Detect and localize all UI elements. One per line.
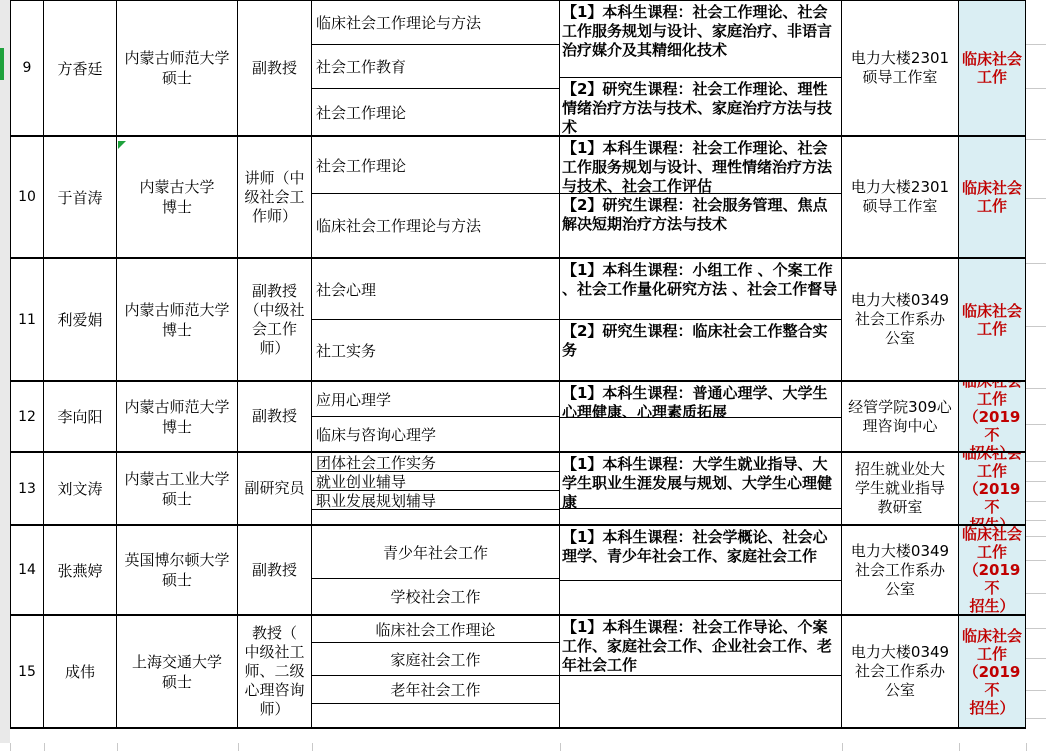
research-item[interactable]: 应用心理学 xyxy=(312,382,559,417)
cell-department[interactable]: 临床社会 工作 xyxy=(959,137,1026,257)
cell-office[interactable]: 电力大楼0349 社会工作系办 公室 xyxy=(842,259,959,380)
cell-education[interactable]: 内蒙古师范大学 博士 xyxy=(117,259,238,380)
course-item[interactable]: 【1】本科生课程：社会工作理论、社会工作服务规划与设计、理性情绪治疗方法与技术、… xyxy=(560,137,841,194)
cell-research: 青少年社会工作 学校社会工作 xyxy=(312,526,560,614)
cell-education[interactable]: 内蒙古师范大学 硕士 xyxy=(117,1,238,135)
cell-row-number[interactable]: 14 xyxy=(10,526,44,614)
cell-education[interactable]: 内蒙古大学 博士 xyxy=(117,137,238,257)
cell-department[interactable]: 临床社会 工作 （2019不 招生） xyxy=(959,616,1026,727)
cell-research: 社会工作理论 临床社会工作理论与方法 xyxy=(312,137,560,257)
cell-education[interactable]: 英国博尔顿大学 硕士 xyxy=(117,526,238,614)
cell-education[interactable]: 内蒙古工业大学 硕士 xyxy=(117,453,238,524)
gridline xyxy=(1026,44,1046,45)
course-item[interactable]: 【1】本科生课程：小组工作 、个案工作 、社会工作量化研究方法 、社会工作督导 xyxy=(560,259,841,320)
gridline xyxy=(1026,326,1046,327)
cell-courses: 【1】本科生课程：小组工作 、个案工作 、社会工作量化研究方法 、社会工作督导 … xyxy=(560,259,842,380)
gridline xyxy=(560,743,561,751)
table-row: 11 利爱娟 内蒙古师范大学 博士 副教授 （中级社 会工作 师） 社会心理 社… xyxy=(10,259,1026,382)
research-item[interactable]: 团体社会工作实务 xyxy=(312,453,559,472)
cell-title[interactable]: 副教授 xyxy=(238,1,312,135)
course-item[interactable]: 【2】研究生课程：社会服务管理、焦点解决短期治疗方法与技术 xyxy=(560,194,841,257)
cell-office[interactable]: 电力大楼2301 硕导工作室 xyxy=(842,137,959,257)
cell-title[interactable]: 副教授 xyxy=(238,382,312,451)
cell-courses: 【1】本科生课程：社会工作理论、社会工作服务规划与设计、理性情绪治疗方法与技术、… xyxy=(560,137,842,257)
cell-row-number[interactable]: 9 xyxy=(10,1,44,135)
cell-department[interactable]: 临床社会 工作 （2019不 招生） xyxy=(959,382,1026,451)
cell-name[interactable]: 张燕婷 xyxy=(44,526,117,614)
research-item[interactable]: 职业发展规划辅导 xyxy=(312,491,559,510)
cell-title[interactable]: 副研究员 xyxy=(238,453,312,524)
research-item[interactable] xyxy=(312,510,559,524)
research-item[interactable]: 社会工作理论 xyxy=(312,137,559,194)
cell-courses: 【1】本科生课程：大学生就业指导、大学生职业生涯发展与规划、大学生心理健康 xyxy=(560,453,842,524)
table-row: 12 李向阳 内蒙古师范大学 博士 副教授 应用心理学 临床与咨询心理学 【1】… xyxy=(10,382,1026,453)
cell-department[interactable]: 临床社会 工作 （2019不 招生） xyxy=(959,526,1026,614)
gridline xyxy=(1026,263,1046,264)
cell-courses: 【1】本科生课程：社会工作导论、个案工作、家庭社会工作、企业社会工作、老年社会工… xyxy=(560,616,842,727)
cell-title[interactable]: 副教授 （中级社 会工作 师） xyxy=(238,259,312,380)
cell-name[interactable]: 刘文涛 xyxy=(44,453,117,524)
cell-name[interactable]: 方香廷 xyxy=(44,1,117,135)
gridline xyxy=(1026,593,1046,594)
course-item[interactable]: 【1】本科生课程：大学生就业指导、大学生职业生涯发展与规划、大学生心理健康 xyxy=(560,453,841,509)
gridline xyxy=(842,743,843,751)
table-row: 13 刘文涛 内蒙古工业大学 硕士 副研究员 团体社会工作实务 就业创业辅导 职… xyxy=(10,453,1026,526)
gridline xyxy=(1026,424,1046,425)
cell-education[interactable]: 上海交通大学 硕士 xyxy=(117,616,238,727)
gridline xyxy=(1026,88,1046,89)
gridline xyxy=(1026,658,1046,659)
gridline xyxy=(238,743,239,751)
cell-office[interactable]: 经管学院309心 理咨询中心 xyxy=(842,382,959,451)
research-item[interactable]: 社会工作教育 xyxy=(312,45,559,89)
cell-education[interactable]: 内蒙古师范大学 博士 xyxy=(117,382,238,451)
cell-courses: 【1】本科生课程：社会工作理论、社会工作服务规划与设计、家庭治疗、非语言治疗媒介… xyxy=(560,1,842,135)
course-item[interactable]: 【2】研究生课程：社会工作理论、理性情绪治疗方法与技术、家庭治疗方法与技术 xyxy=(560,78,841,135)
gridline xyxy=(1026,536,1046,537)
cell-courses: 【1】本科生课程：社会学概论、社会心理学、青少年社会工作、家庭社会工作 xyxy=(560,526,842,614)
cell-research: 社会心理 社工实务 xyxy=(312,259,560,380)
gridline xyxy=(312,743,313,751)
cell-name[interactable]: 利爱娟 xyxy=(44,259,117,380)
spreadsheet-view: 9 方香廷 内蒙古师范大学 硕士 副教授 临床社会工作理论与方法 社会工作教育 … xyxy=(0,0,1046,751)
course-item[interactable]: 【1】本科生课程：普通心理学、大学生心理健康、心理素质拓展 xyxy=(560,382,841,418)
cell-department[interactable]: 临床社会 工作 xyxy=(959,259,1026,380)
research-item[interactable]: 学校社会工作 xyxy=(312,579,559,614)
cell-research: 临床社会工作理论 家庭社会工作 老年社会工作 xyxy=(312,616,560,727)
cell-title[interactable]: 讲师（中 级社会工 作师） xyxy=(238,137,312,257)
cell-research: 临床社会工作理论与方法 社会工作教育 社会工作理论 xyxy=(312,1,560,135)
cell-row-number[interactable]: 15 xyxy=(10,616,44,727)
gridline xyxy=(1026,501,1046,502)
gridline xyxy=(1026,481,1046,482)
research-item[interactable]: 家庭社会工作 xyxy=(312,643,559,676)
cell-research: 团体社会工作实务 就业创业辅导 职业发展规划辅导 xyxy=(312,453,560,524)
left-gutter xyxy=(0,0,10,751)
course-item[interactable] xyxy=(560,581,841,614)
cell-courses: 【1】本科生课程：普通心理学、大学生心理健康、心理素质拓展 xyxy=(560,382,842,451)
course-item[interactable]: 【1】本科生课程：社会学概论、社会心理学、青少年社会工作、家庭社会工作 xyxy=(560,526,841,581)
cell-office[interactable]: 电力大楼0349 社会工作系办 公室 xyxy=(842,616,959,727)
gridline xyxy=(1026,628,1046,629)
research-item[interactable]: 社工实务 xyxy=(312,320,559,380)
gridline xyxy=(117,743,118,751)
course-item[interactable]: 【1】本科生课程：社会工作理论、社会工作服务规划与设计、家庭治疗、非语言治疗媒介… xyxy=(560,1,841,78)
research-item[interactable]: 青少年社会工作 xyxy=(312,526,559,579)
table-row: 10 于首涛 内蒙古大学 博士 讲师（中 级社会工 作师） 社会工作理论 临床社… xyxy=(10,137,1026,259)
course-item[interactable] xyxy=(560,676,841,727)
cell-row-number[interactable]: 11 xyxy=(10,259,44,380)
cell-office[interactable]: 电力大楼0349 社会工作系办 公室 xyxy=(842,526,959,614)
cell-title[interactable]: 教授（ 中级社工 师、二级 心理咨询 师） xyxy=(238,616,312,727)
gridline xyxy=(10,743,11,751)
cell-flag-triangle-icon xyxy=(118,141,126,149)
research-item[interactable]: 就业创业辅导 xyxy=(312,472,559,491)
cell-research: 应用心理学 临床与咨询心理学 xyxy=(312,382,560,451)
cell-title[interactable]: 副教授 xyxy=(238,526,312,614)
cell-row-number[interactable]: 10 xyxy=(10,137,44,257)
cell-office[interactable]: 招生就业处大 学生就业指导 教研室 xyxy=(842,453,959,524)
cell-name[interactable]: 于首涛 xyxy=(44,137,117,257)
bottom-strip xyxy=(0,743,1046,751)
course-item[interactable]: 【2】研究生课程：临床社会工作整合实务 xyxy=(560,320,841,380)
cell-row-number[interactable]: 13 xyxy=(10,453,44,524)
research-item[interactable]: 社会工作理论 xyxy=(312,89,559,135)
research-item[interactable]: 老年社会工作 xyxy=(312,676,559,704)
gridline xyxy=(959,743,960,751)
course-item[interactable] xyxy=(560,509,841,524)
cell-name[interactable]: 李向阳 xyxy=(44,382,117,451)
right-margin xyxy=(1026,0,1046,751)
table-row: 9 方香廷 内蒙古师范大学 硕士 副教授 临床社会工作理论与方法 社会工作教育 … xyxy=(10,0,1026,137)
cell-office[interactable]: 电力大楼2301 硕导工作室 xyxy=(842,1,959,135)
gridline xyxy=(1026,461,1046,462)
gridline xyxy=(1026,560,1046,561)
research-item[interactable] xyxy=(312,704,559,727)
gridline xyxy=(1026,388,1046,389)
course-item[interactable]: 【1】本科生课程：社会工作导论、个案工作、家庭社会工作、企业社会工作、老年社会工… xyxy=(560,616,841,676)
course-item[interactable] xyxy=(560,418,841,451)
cell-department[interactable]: 临床社会 工作 xyxy=(959,1,1026,135)
cell-name[interactable]: 成伟 xyxy=(44,616,117,727)
gridline xyxy=(1026,743,1027,751)
research-item[interactable]: 临床社会工作理论与方法 xyxy=(312,1,559,45)
research-item[interactable]: 临床社会工作理论与方法 xyxy=(312,194,559,257)
cell-row-number[interactable]: 12 xyxy=(10,382,44,451)
gridline xyxy=(1026,198,1046,199)
table-row: 14 张燕婷 英国博尔顿大学 硕士 副教授 青少年社会工作 学校社会工作 【1】… xyxy=(10,526,1026,616)
selection-indicator-bar xyxy=(0,48,4,80)
gridline xyxy=(1026,718,1046,719)
table-row: 15 成伟 上海交通大学 硕士 教授（ 中级社工 师、二级 心理咨询 师） 临床… xyxy=(10,616,1026,729)
faculty-table: 9 方香廷 内蒙古师范大学 硕士 副教授 临床社会工作理论与方法 社会工作教育 … xyxy=(10,0,1026,729)
cell-department[interactable]: 临床社会 工作 （2019不 招生） xyxy=(959,453,1026,524)
research-item[interactable]: 临床社会工作理论 xyxy=(312,616,559,643)
research-item[interactable]: 社会心理 xyxy=(312,259,559,320)
gridline xyxy=(1026,139,1046,140)
gridline xyxy=(1026,520,1046,521)
research-item[interactable]: 临床与咨询心理学 xyxy=(312,417,559,451)
gridline xyxy=(44,743,45,751)
gridline xyxy=(1026,690,1046,691)
